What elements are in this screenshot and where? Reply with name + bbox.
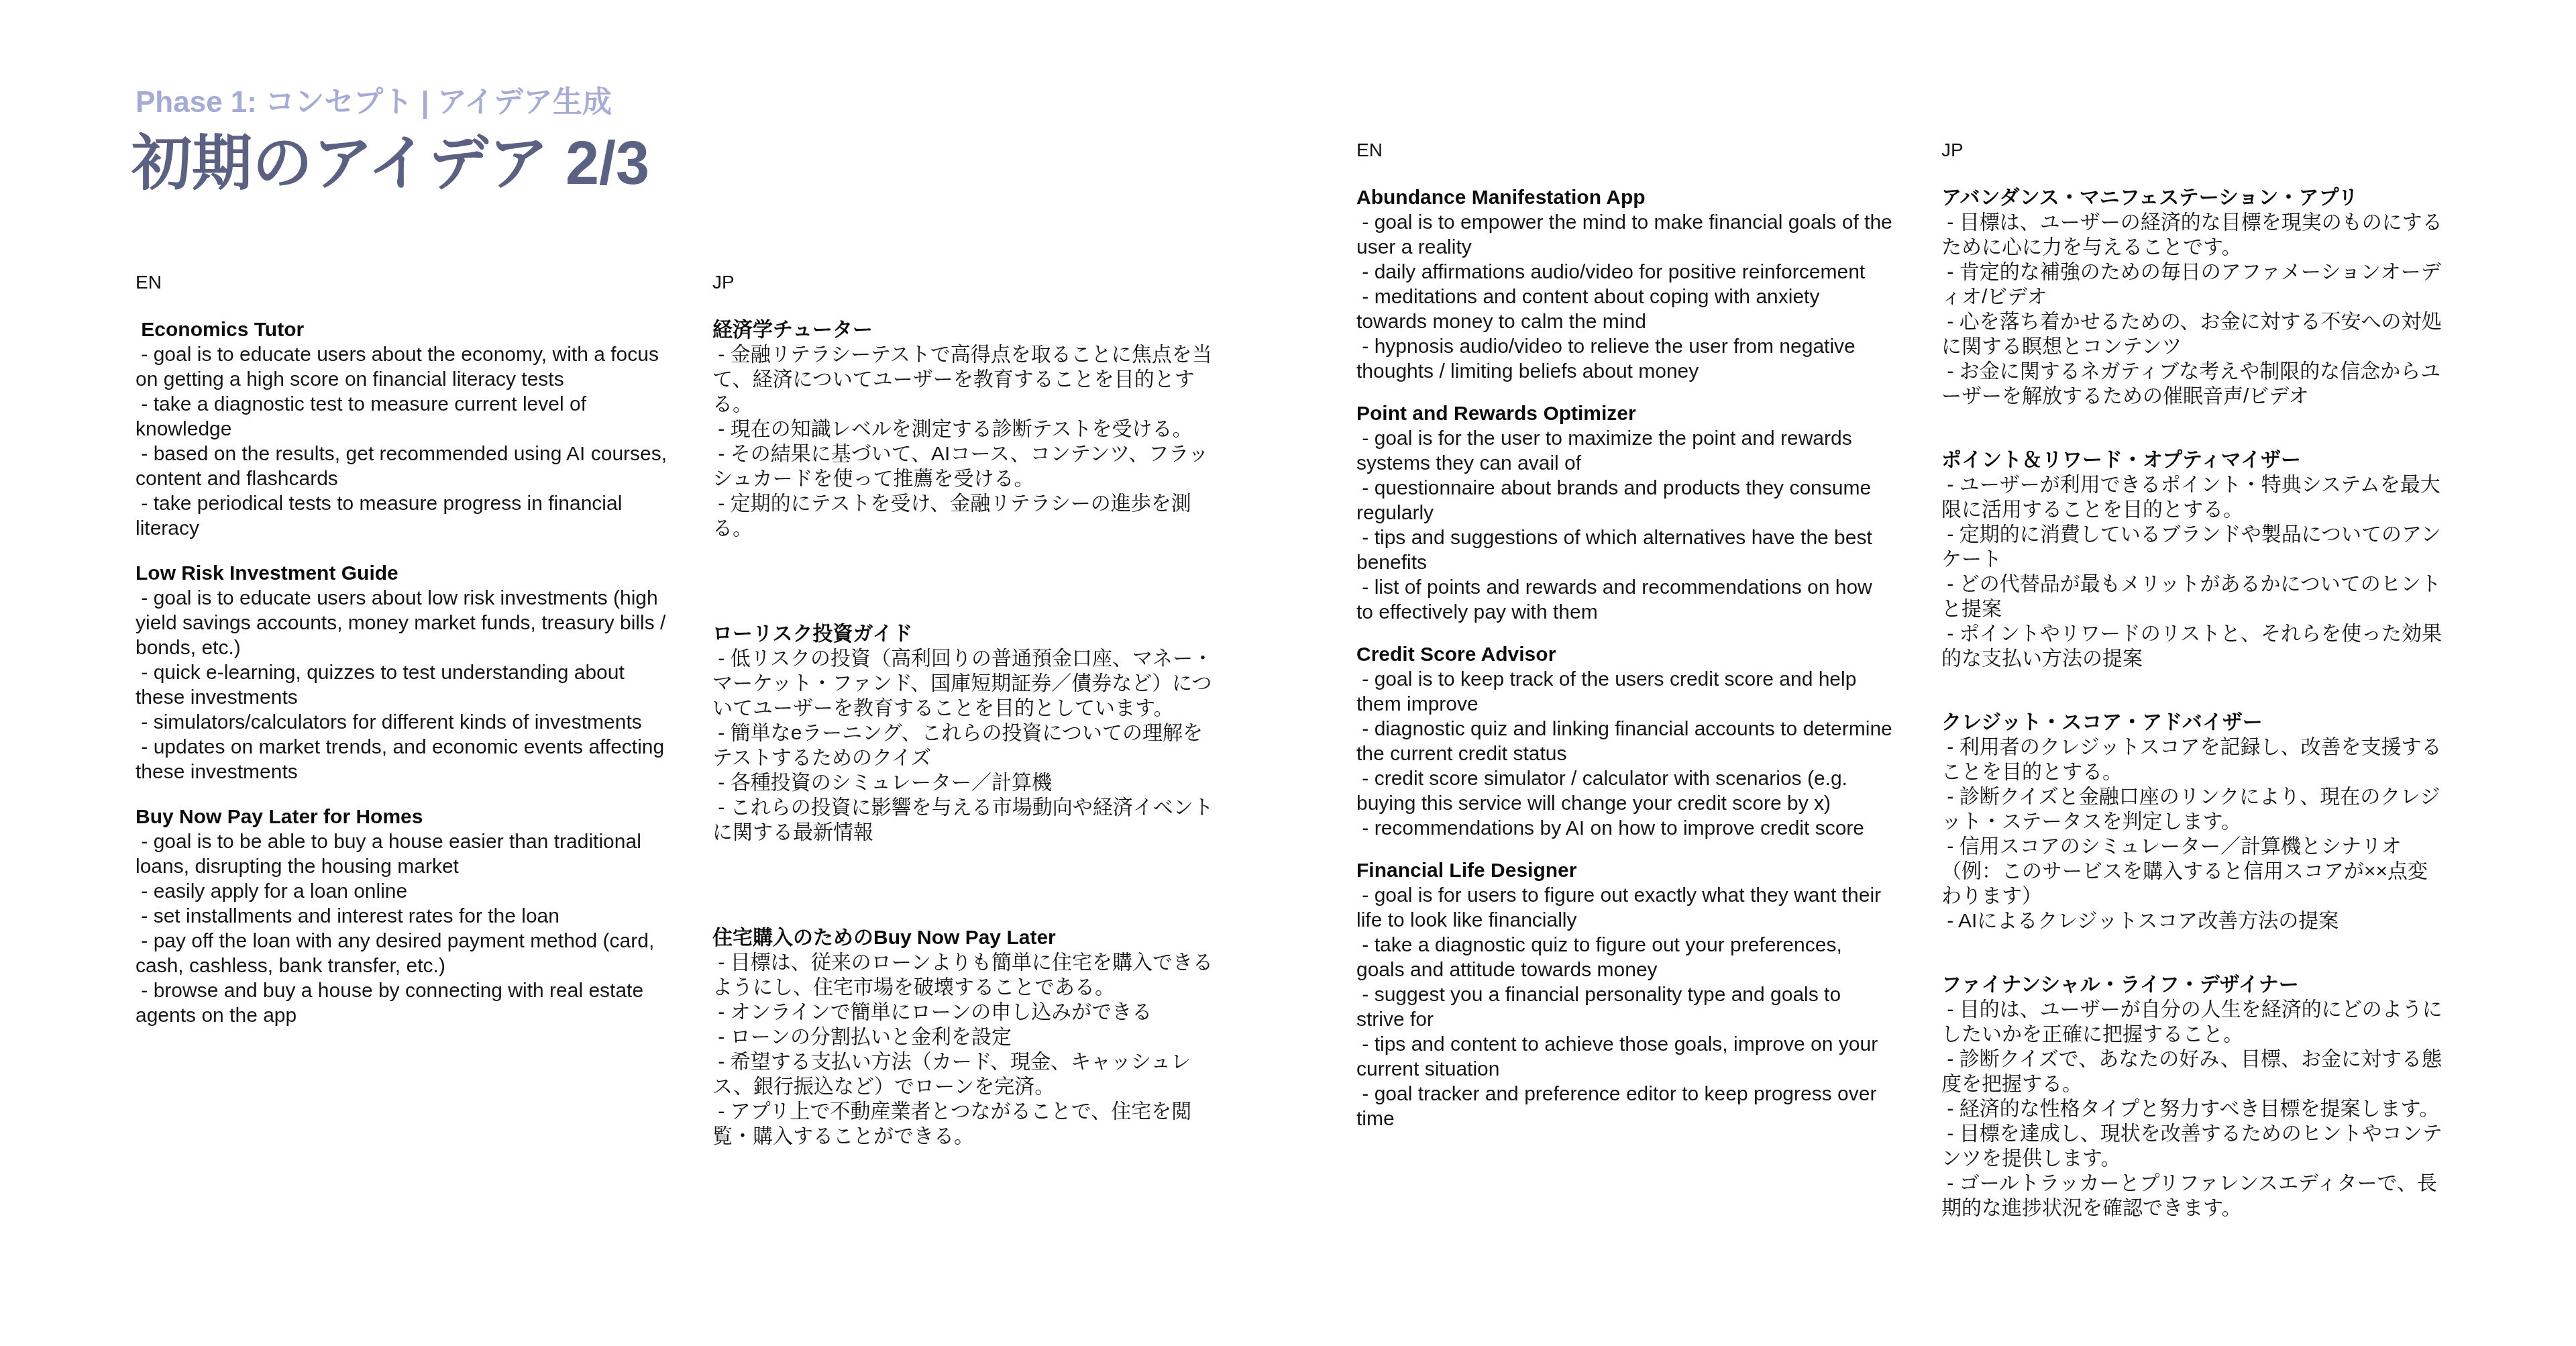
section-jutaku-bnpl: 住宅購入のためのBuy Now Pay Later - 目標は、従来のローンより… [712,925,1217,1149]
bullet-item: - based on the results, get recommended … [136,442,672,491]
bullet-item: - questionnaire about brands and product… [1356,476,1893,525]
bullet-item: - set installments and interest rates fo… [136,904,672,929]
bullet-item: - meditations and content about coping w… [1356,284,1893,334]
lang-label-en: EN [1356,138,1893,162]
bullet-item: - simulators/calculators for different k… [136,710,672,735]
bullet-item: - お金に関するネガティブな考えや制限的な信念からユーザーを解放するための催眠音… [1941,359,2446,409]
lang-label-jp: JP [1941,138,2446,162]
bullet-item: - ゴールトラッカーとプリファレンスエディターで、長期的な進捗状況を確認できます… [1941,1171,2446,1221]
bullet-item: - これらの投資に影響を与える市場動向や経済イベントに関する最新情報 [712,795,1217,845]
bullet-item: - その結果に基づいて、AIコース、コンテンツ、フラッシュカードを使って推薦を受… [712,442,1217,491]
lang-label-jp: JP [712,270,1217,295]
bullet-item: - 希望する支払い方法（カード、現金、キャッシュレス、銀行振込など）でローンを完… [712,1049,1217,1099]
page-title: 初期のアイデア 2/3 [131,129,649,199]
section-keizaigaku-tutor: 経済学チューター - 金融リテラシーテストで高得点を取ることに焦点を当て、経済に… [712,317,1217,541]
section-heading: アバンダンス・マニフェステーション・アプリ [1941,185,2446,210]
bullet-item: - 金融リテラシーテストで高得点を取ることに焦点を当て、経済についてユーザーを教… [712,342,1217,417]
bullet-item: - diagnostic quiz and linking financial … [1356,717,1893,766]
bullet-item: - 利用者のクレジットスコアを記録し、改善を支援することを目的とする。 [1941,735,2446,784]
bullet-item: - AIによるクレジットスコア改善方法の提案 [1941,909,2446,933]
bullet-item: - 現在の知識レベルを測定する診断テストを受ける。 [712,417,1217,442]
bullet-item: - suggest you a financial personality ty… [1356,982,1893,1032]
section-heading: Financial Life Designer [1356,858,1893,883]
section-abundance-manifestation-jp: アバンダンス・マニフェステーション・アプリ - 目標は、ユーザーの経済的な目標を… [1941,185,2446,409]
bullet-item: - 心を落ち着かせるための、お金に対する不安への対処に関する瞑想とコンテンツ [1941,309,2446,359]
section-heading: Point and Rewards Optimizer [1356,401,1893,426]
bullet-item: - 経済的な性格タイプと努力すべき目標を提案します。 [1941,1096,2446,1121]
bullet-item: - goal tracker and preference editor to … [1356,1082,1893,1131]
page-subtitle: Phase 1: コンセプト | アイデア生成 [136,85,612,121]
bullet-item: - pay off the loan with any desired paym… [136,929,672,978]
section-low-risk-toshi-guide: ローリスク投資ガイド - 低リスクの投資（高利回りの普通預金口座、マネー・マーケ… [712,621,1217,845]
bullet-item: - tips and content to achieve those goal… [1356,1032,1893,1082]
bullet-item: - hypnosis audio/video to relieve the us… [1356,334,1893,384]
bullet-item: - tips and suggestions of which alternat… [1356,525,1893,575]
bullet-item: - アプリ上で不動産業者とつながることで、住宅を閲覧・購入することができる。 [712,1099,1217,1149]
bullet-item: - take a diagnostic test to measure curr… [136,392,672,442]
section-low-risk-investment-guide: Low Risk Investment Guide - goal is to e… [136,561,672,784]
column-jp-1: JP 経済学チューター - 金融リテラシーテストで高得点を取ることに焦点を当て、… [712,270,1217,1149]
bullet-item: - 目標を達成し、現状を改善するためのヒントやコンテンツを提供します。 [1941,1121,2446,1171]
section-economics-tutor: Economics Tutor - goal is to educate use… [136,317,672,541]
bullet-item: - オンラインで簡単にローンの申し込みができる [712,1000,1217,1025]
section-heading: ファイナンシャル・ライフ・デザイナー [1941,972,2446,997]
section-heading: Buy Now Pay Later for Homes [136,805,672,829]
section-point-rewards-optimizer: Point and Rewards Optimizer - goal is fo… [1356,401,1893,625]
bullet-item: - 簡単なeラーニング、これらの投資についての理解をテストするためのクイズ [712,721,1217,770]
section-abundance-manifestation-app: Abundance Manifestation App - goal is to… [1356,185,1893,384]
bullet-item: - take a diagnostic quiz to figure out y… [1356,933,1893,982]
bullet-item: - ポイントやリワードのリストと、それらを使った効果的な支払い方法の提案 [1941,621,2446,671]
bullet-item: - 肯定的な補強のための毎日のアファメーションオーディオ/ビデオ [1941,260,2446,309]
bullet-item: - 定期的に消費しているブランドや製品についてのアンケート [1941,522,2446,572]
bullet-item: - ユーザーが利用できるポイント・特典システムを最大限に活用することを目的とする… [1941,472,2446,522]
bullet-item: - recommendations by AI on how to improv… [1356,816,1893,841]
bullet-item: - goal is to educate users about low ris… [136,586,672,660]
column-en-1: EN Economics Tutor - goal is to educate … [136,270,672,1028]
bullet-item: - browse and buy a house by connecting w… [136,978,672,1028]
section-heading: 経済学チューター [712,317,1217,342]
bullet-item: - updates on market trends, and economic… [136,735,672,784]
section-heading: 住宅購入のためのBuy Now Pay Later [712,925,1217,950]
bullet-item: - どの代替品が最もメリットがあるかについてのヒントと提案 [1941,572,2446,621]
bullet-item: - credit score simulator / calculator wi… [1356,766,1893,816]
bullet-item: - 目標は、従来のローンよりも簡単に住宅を購入できるようにし、住宅市場を破壊する… [712,950,1217,1000]
section-buy-now-pay-later-homes: Buy Now Pay Later for Homes - goal is to… [136,805,672,1028]
section-credit-score-advisor: Credit Score Advisor - goal is to keep t… [1356,642,1893,841]
lang-label-en: EN [136,270,672,295]
bullet-item: - 目的は、ユーザーが自分の人生を経済的にどのようにしたいかを正確に把握すること… [1941,997,2446,1047]
bullet-item: - ローンの分割払いと金利を設定 [712,1025,1217,1049]
bullet-item: - goal is to keep track of the users cre… [1356,667,1893,717]
section-point-rewards-optimizer-jp: ポイント＆リワード・オプティマイザー - ユーザーが利用できるポイント・特典シス… [1941,448,2446,671]
column-en-2: EN Abundance Manifestation App - goal is… [1356,138,1893,1131]
section-heading: クレジット・スコア・アドバイザー [1941,710,2446,735]
bullet-item: - 診断クイズと金融口座のリンクにより、現在のクレジット・ステータスを判定します… [1941,784,2446,834]
section-credit-score-advisor-jp: クレジット・スコア・アドバイザー - 利用者のクレジットスコアを記録し、改善を支… [1941,710,2446,933]
bullet-item: - goal is to educate users about the eco… [136,342,672,392]
bullet-item: - 信用スコアのシミュレーター／計算機とシナリオ（例：このサービスを購入すると信… [1941,834,2446,909]
bullet-item: - goal is for the user to maximize the p… [1356,426,1893,476]
bullet-item: - 定期的にテストを受け、金融リテラシーの進歩を測る。 [712,491,1217,541]
bullet-item: - 目標は、ユーザーの経済的な目標を現実のものにするために心に力を与えることです… [1941,210,2446,260]
section-heading: Economics Tutor [136,317,672,342]
bullet-item: - goal is for users to figure out exactl… [1356,883,1893,933]
section-heading: Abundance Manifestation App [1356,185,1893,210]
bullet-item: - take periodical tests to measure progr… [136,491,672,541]
bullet-item: - easily apply for a loan online [136,879,672,904]
bullet-item: - 低リスクの投資（高利回りの普通預金口座、マネー・マーケット・ファンド、国庫短… [712,646,1217,721]
section-heading: Low Risk Investment Guide [136,561,672,586]
bullet-item: - quick e-learning, quizzes to test unde… [136,660,672,710]
section-heading: Credit Score Advisor [1356,642,1893,667]
bullet-item: - 診断クイズで、あなたの好み、目標、お金に対する態度を把握する。 [1941,1047,2446,1096]
bullet-item: - goal is to be able to buy a house easi… [136,829,672,879]
section-heading: ローリスク投資ガイド [712,621,1217,646]
section-financial-life-designer-jp: ファイナンシャル・ライフ・デザイナー - 目的は、ユーザーが自分の人生を経済的に… [1941,972,2446,1221]
bullet-item: - list of points and rewards and recomme… [1356,575,1893,625]
bullet-item: - goal is to empower the mind to make fi… [1356,210,1893,260]
column-jp-2: JP アバンダンス・マニフェステーション・アプリ - 目標は、ユーザーの経済的な… [1941,138,2446,1221]
section-financial-life-designer: Financial Life Designer - goal is for us… [1356,858,1893,1131]
section-heading: ポイント＆リワード・オプティマイザー [1941,448,2446,472]
bullet-item: - daily affirmations audio/video for pos… [1356,260,1893,284]
bullet-item: - 各種投資のシミュレーター／計算機 [712,770,1217,795]
